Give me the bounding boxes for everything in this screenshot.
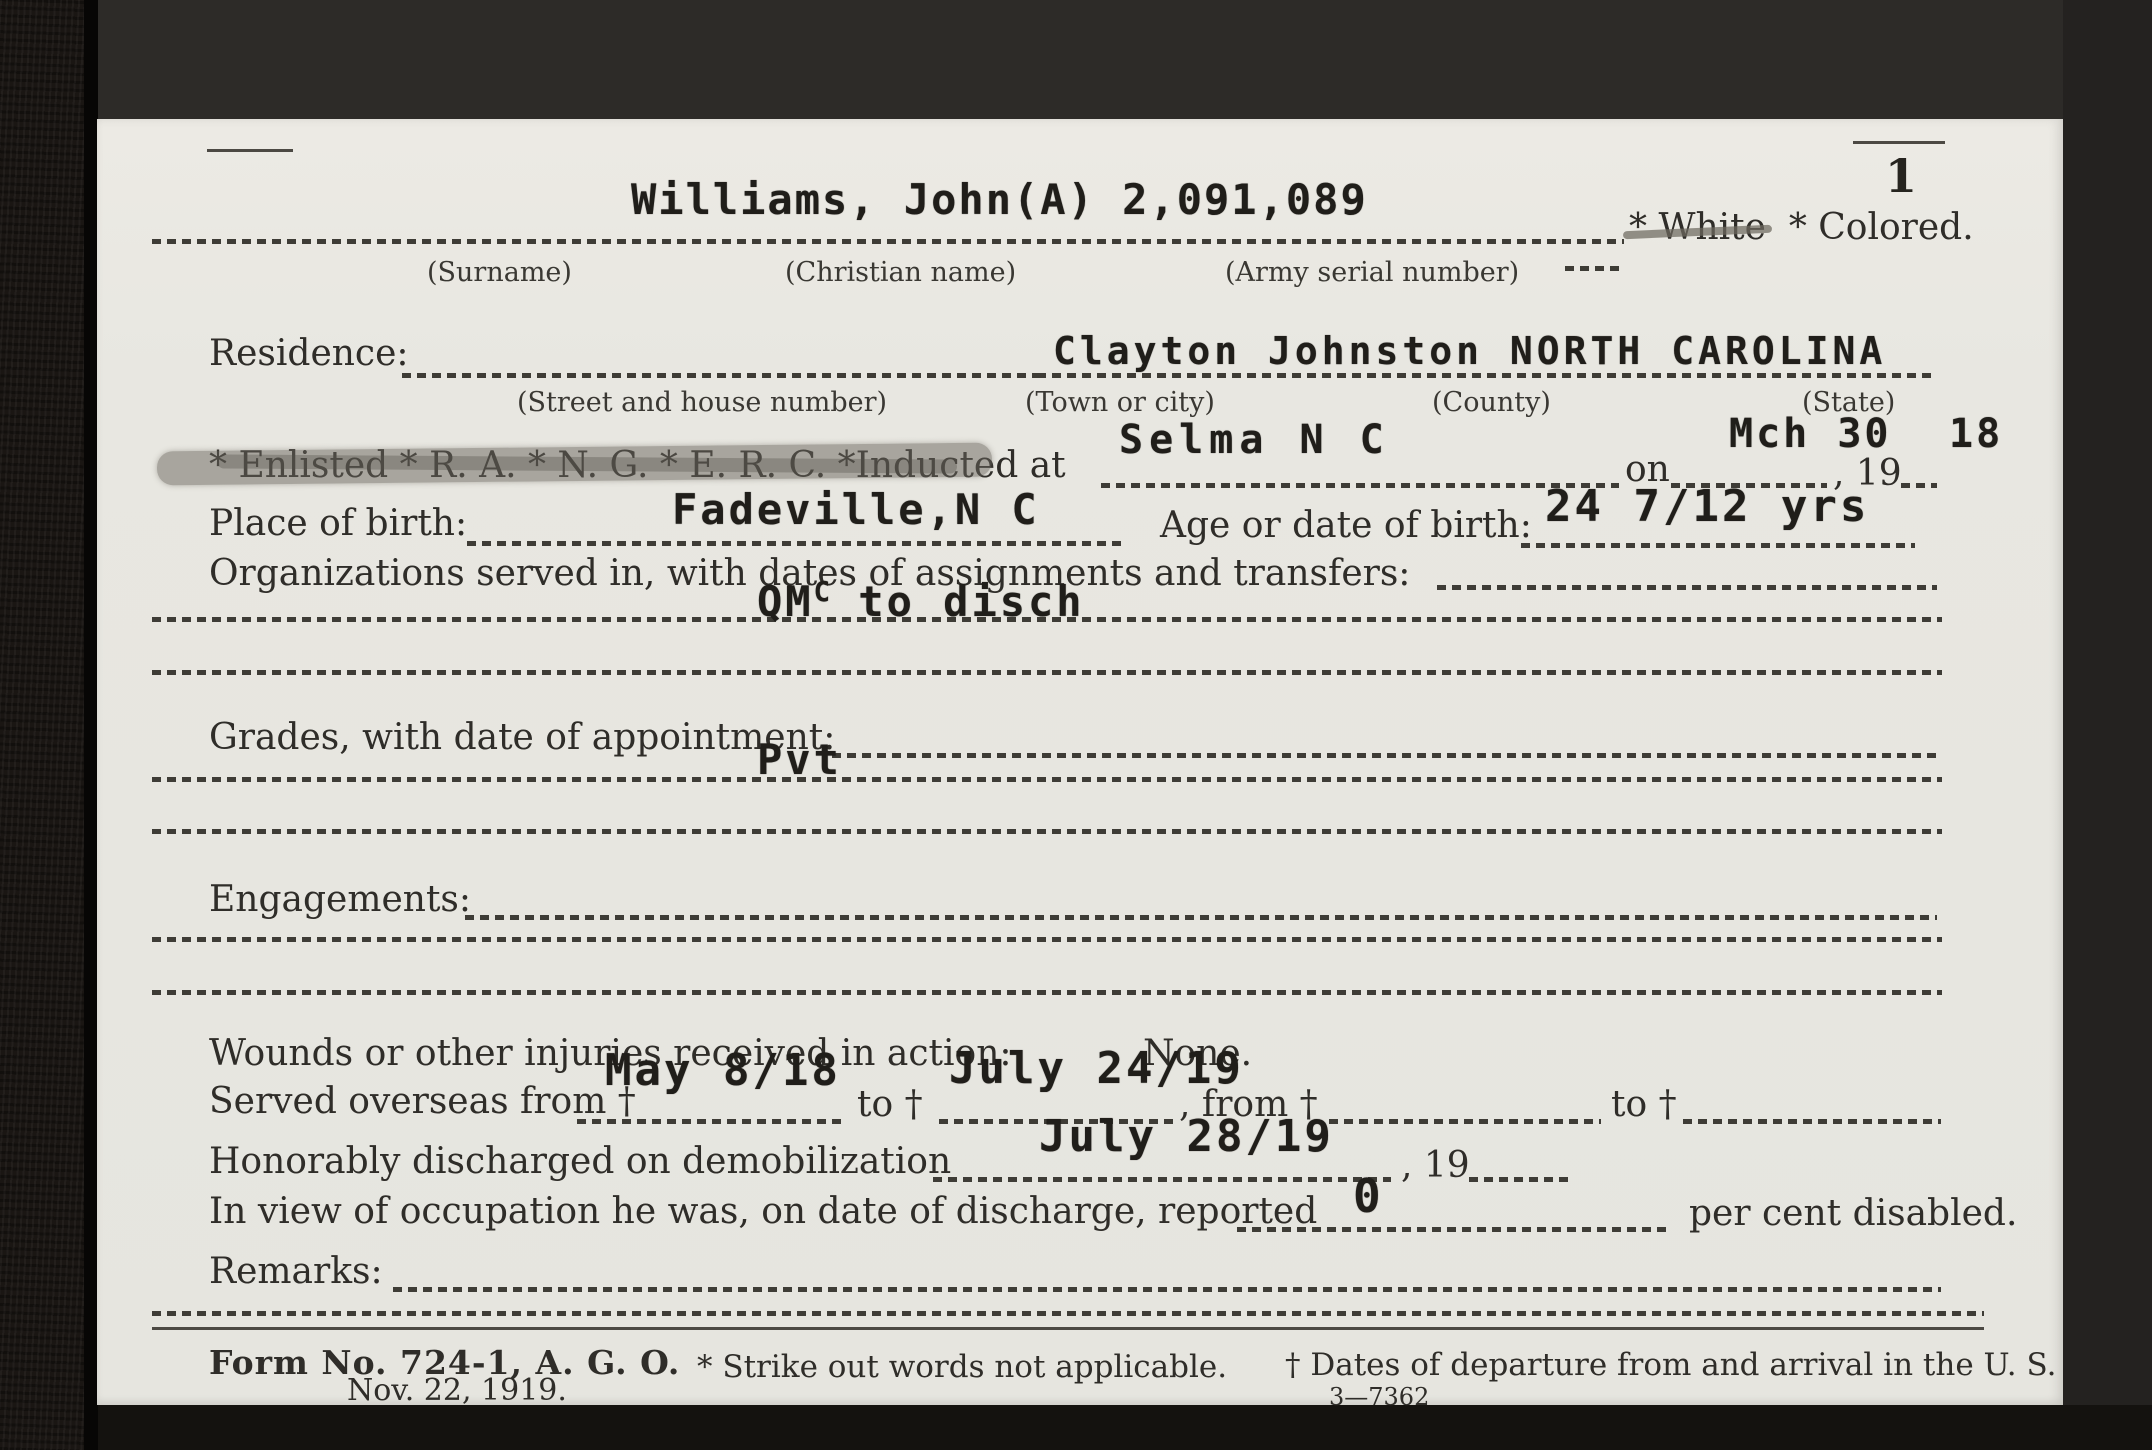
inducted-date-value: Mch 30 (1729, 411, 1892, 457)
footnote-dagger: † Dates of departure from and arrival in… (1285, 1347, 2057, 1383)
scan-left-border (0, 0, 88, 1450)
scan-bottom-border (98, 1405, 2152, 1450)
place-of-birth-line (467, 541, 1127, 546)
place-of-birth-value: Fadeville,N C (672, 485, 1040, 534)
inducted-year-line (1901, 483, 1937, 488)
inducted-place-line (1101, 483, 1619, 488)
label-town: (Town or city) (1025, 387, 1215, 418)
grades-line-2 (152, 829, 1942, 834)
top-left-rule (207, 149, 293, 152)
disability-value: 0 (1353, 1169, 1384, 1223)
remarks-label: Remarks: (209, 1251, 383, 1292)
page-number: 1 (1885, 149, 1917, 203)
form-date: Nov. 22, 1919. (347, 1373, 567, 1408)
scan-seam (84, 0, 98, 1450)
engagements-line-0 (465, 915, 1937, 920)
name-field-line (152, 239, 1624, 244)
grades-line-1 (152, 777, 1942, 782)
overseas-from1-line (577, 1119, 847, 1124)
grades-label: Grades, with date of appointment: (209, 717, 835, 758)
organizations-line-2 (152, 670, 1942, 675)
footer-dotted-rule (152, 1311, 1984, 1316)
organizations-entry: QMC to disch (757, 577, 1085, 626)
overseas-from1-label: Served overseas from † (209, 1081, 636, 1122)
place-of-birth-label: Place of birth: (209, 503, 467, 544)
overseas-to2-line (1683, 1119, 1941, 1124)
age-line (1521, 543, 1915, 548)
service-record-card: 1 Williams, John(A) 2,091,089 * White * … (97, 119, 2063, 1405)
overseas-to2-label: to † (1611, 1084, 1677, 1125)
overseas-to1-label: to † (857, 1084, 923, 1125)
scan-top-border (98, 0, 2152, 121)
engagements-label: Engagements: (209, 879, 471, 920)
race-selector: * White * Colored. (1629, 207, 1974, 248)
grades-line-0 (832, 753, 1937, 758)
organizations-line-0 (1437, 585, 1937, 590)
residence-street-line (402, 373, 1037, 378)
label-county: (County) (1432, 387, 1551, 418)
age-value: 24 7/12 yrs (1545, 481, 1869, 532)
race-option-colored: * Colored. (1789, 207, 1974, 248)
discharge-year-label: , 19 (1401, 1145, 1470, 1186)
overseas-from1-value: May 8/18 (605, 1045, 841, 1096)
inducted-year-value: 18 (1949, 411, 2003, 457)
overseas-from2-line (1329, 1119, 1601, 1124)
label-street: (Street and house number) (517, 387, 887, 418)
disability-label: In view of occupation he was, on date of… (209, 1191, 1317, 1232)
residence-value: Clayton Johnston NORTH CAROLINA (1053, 329, 1886, 373)
footnote-strike: * Strike out words not applicable. (697, 1349, 1227, 1385)
discharge-label: Honorably discharged on demobilization (209, 1141, 951, 1182)
scan-right-border (2063, 0, 2152, 1450)
discharge-date-value: July 28/19 (1039, 1111, 1334, 1162)
age-label: Age or date of birth: (1160, 505, 1532, 546)
discharge-date-line (933, 1177, 1391, 1182)
footer-solid-rule (152, 1327, 1984, 1330)
residence-label: Residence: (209, 333, 409, 374)
remarks-line (393, 1287, 1941, 1292)
label-surname: (Surname) (427, 257, 572, 288)
top-right-rule (1853, 141, 1945, 144)
label-army-serial: (Army serial number) (1225, 257, 1519, 288)
discharge-year-line (1469, 1177, 1569, 1182)
disability-suffix-label: per cent disabled. (1689, 1193, 2017, 1234)
engagements-line-2 (152, 990, 1942, 995)
label-christian-name: (Christian name) (785, 257, 1016, 288)
print-code: 3—7362 (1329, 1383, 1429, 1411)
disability-line (1237, 1227, 1667, 1232)
engagements-line-1 (152, 937, 1942, 942)
scanned-page: { "card": { "page_number": "1", "header"… (0, 0, 2152, 1450)
name-field-value: Williams, John(A) 2,091,089 (631, 175, 1368, 224)
inducted-place-value: Selma N C (1119, 417, 1390, 463)
race-option-white: * White (1629, 207, 1766, 248)
residence-value-line (1037, 373, 1937, 378)
